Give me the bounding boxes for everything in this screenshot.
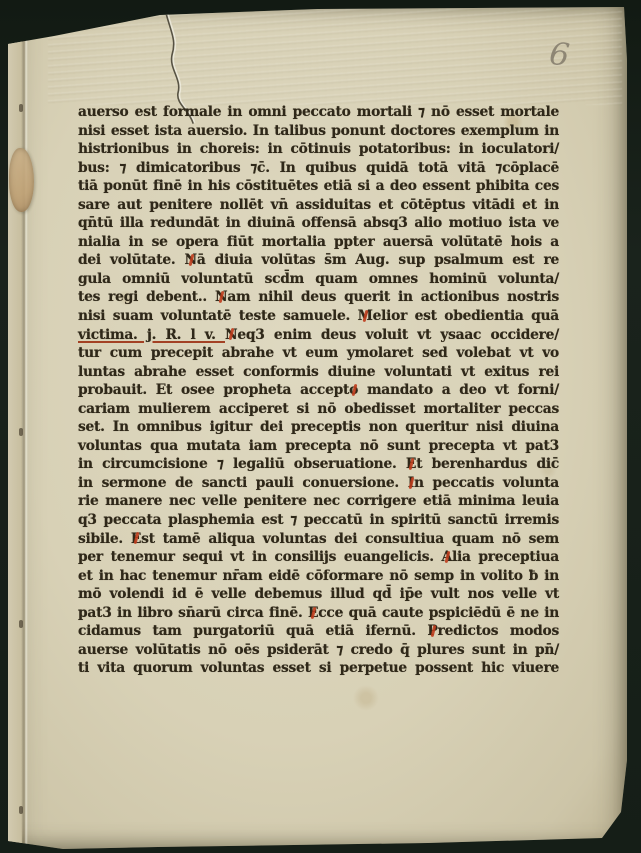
text-line: q3 peccata plasphemia est ⁊ peccatū in s… (78, 511, 559, 530)
rubricated-initial: N (225, 327, 237, 343)
text-line: luntas abrahe esset conformis diuine vol… (78, 363, 559, 382)
text-segment: q3 peccata plasphemia est ⁊ peccatū in s… (78, 512, 559, 528)
text-segment: mandato a deo vt forni/ (358, 382, 559, 398)
text-line: nisi suam voluntatē teste samuele. Melio… (78, 307, 559, 326)
text-line: bus: ⁊ dimicatoribus ⁊c̄. In quibus quid… (78, 159, 559, 178)
stitch-mark (19, 806, 23, 814)
text-segment: ti vita quorum voluntas esset si perpetu… (78, 660, 559, 676)
text-segment: tiā ponūt finē in his cōstituētes etiā s… (78, 178, 559, 194)
text-segment: qn̄tū illa redundāt in diuinā offensā ab… (78, 215, 559, 231)
rubricated-initial: I (408, 475, 414, 491)
text-line: auerso est formale in omni peccato morta… (78, 103, 559, 122)
text-line: victima. j. R. l v. Neq3 enim deus volui… (78, 326, 559, 345)
text-line: rie manere nec velle penitere nec corrig… (78, 492, 559, 511)
text-segment: nialia in se opera fiūt mortalia ppter a… (78, 234, 559, 250)
text-line: cidamus tam purgatoriū quā etiā ifernū. … (78, 622, 559, 641)
text-block: auerso est formale in omni peccato morta… (78, 103, 559, 678)
text-line: mō volendi id ē velle debemus illud qd̄ … (78, 585, 559, 604)
rubricated-initial: P (427, 623, 437, 639)
text-segment: redictos modos (438, 623, 559, 639)
text-segment: elior est obedientia quā (373, 308, 559, 324)
stitch-mark (19, 104, 23, 112)
text-segment: in circumcisione ⁊ legaliū obseruatione. (78, 456, 406, 472)
text-segment: cariam mulierem acciperet si nō obedisse… (78, 401, 559, 417)
text-segment: tur cum precepit abrahe vt eum ymolaret … (78, 345, 559, 361)
rubricated-initial: E (131, 531, 141, 547)
text-line: et in hac tenemur nr̄am eidē cōformare n… (78, 567, 559, 586)
text-segment: sibile. (78, 531, 131, 547)
text-segment: mō volendi id ē velle debemus illud qd̄ … (78, 586, 559, 602)
text-segment: auerse volūtatis nō oēs psiderāt ⁊ credo… (78, 642, 559, 658)
text-line: set. In omnibus igitur dei preceptis non… (78, 418, 559, 437)
text-segment: et in hac tenemur nr̄am eidē cōformare n… (78, 568, 559, 584)
scanner-background: 6 auerso est formale in omni peccato mor… (0, 0, 641, 853)
text-line: cariam mulierem acciperet si nō obedisse… (78, 400, 559, 419)
text-segment: tes regi debent.. (78, 289, 215, 305)
text-segment: sare aut penitere nollēt vn̄ assiduitas … (78, 197, 559, 213)
rubricated-initial: E (406, 456, 416, 472)
text-segment: luntas abrahe esset conformis diuine vol… (78, 364, 559, 380)
text-line: tur cum precepit abrahe vt eum ymolaret … (78, 344, 559, 363)
text-segment: am nihil deus querit in actionibus nostr… (227, 289, 559, 305)
text-segment: dei volūtate. (78, 252, 184, 268)
text-segment: per tenemur sequi vt in consilijs euange… (78, 549, 442, 565)
book-page: 6 auerso est formale in omni peccato mor… (8, 0, 630, 850)
text-segment: nisi esset ista auersio. In talibus ponu… (78, 123, 559, 139)
text-line: voluntas qua mutata iam precepta nō sunt… (78, 437, 559, 456)
rubricated-initial: N (184, 252, 196, 268)
text-line: in sermone de sancti pauli conuersione. … (78, 474, 559, 493)
text-line: probauit. Et osee propheta accepto manda… (78, 381, 559, 400)
text-line: dei volūtate. Nā diuia volūtas s̄m Aug. … (78, 251, 559, 270)
text-segment: cce quā caute pspiciēdū ē ne in (318, 605, 559, 621)
rubricated-initial: N (215, 289, 227, 305)
text-segment: st tamē aliqua voluntas dei consultiua q… (141, 531, 559, 547)
text-segment: t berenhardus dic̄ (416, 456, 559, 472)
text-line: per tenemur sequi vt in consilijs euange… (78, 548, 559, 567)
rubricated-initial: M (358, 308, 373, 324)
text-segment: lia preceptiua (452, 549, 559, 565)
text-line: pat3 in libro sn̄arū circa finē. Ecce qu… (78, 604, 559, 623)
handwritten-page-number: 6 (546, 36, 591, 85)
text-line: qn̄tū illa redundāt in diuinā offensā ab… (78, 214, 559, 233)
text-segment: pat3 in libro sn̄arū circa finē. (78, 605, 308, 621)
repair-patch (9, 148, 34, 212)
text-segment: ā diuia volūtas s̄m Aug. sup psalmum est… (197, 252, 559, 268)
text-line: tiā ponūt finē in his cōstituētes etiā s… (78, 177, 559, 196)
text-segment: bus: ⁊ dimicatoribus ⁊c̄. In quibus quid… (78, 160, 559, 176)
text-segment: rie manere nec velle penitere nec corrig… (78, 493, 559, 509)
text-line: auerse volūtatis nō oēs psiderāt ⁊ credo… (78, 641, 559, 660)
paper-wrinkle-texture (48, 9, 622, 105)
text-line: sare aut penitere nollēt vn̄ assiduitas … (78, 196, 559, 215)
text-line: nialia in se opera fiūt mortalia ppter a… (78, 233, 559, 252)
text-line: ti vita quorum voluntas esset si perpetu… (78, 659, 559, 678)
text-line: nisi esset ista auersio. In talibus ponu… (78, 122, 559, 141)
text-segment: n peccatis volunta (414, 475, 559, 491)
rubricated-initial: o (349, 382, 358, 398)
text-segment: victima. j. R. l v. (78, 327, 225, 343)
text-segment: gula omniū voluntatū scd̄m quam omnes ho… (78, 271, 559, 287)
text-segment: histrionibus in choreis: in cōtinuis pot… (78, 141, 559, 157)
stitch-mark (19, 620, 23, 628)
text-line: in circumcisione ⁊ legaliū obseruatione.… (78, 455, 559, 474)
text-segment: auerso est formale in omni peccato morta… (78, 104, 559, 120)
stitch-mark (19, 428, 23, 436)
rubricated-initial: E (308, 605, 318, 621)
rubricated-initial: A (442, 549, 452, 565)
text-segment: cidamus tam purgatoriū quā etiā ifernū. (78, 623, 427, 639)
text-segment: set. In omnibus igitur dei preceptis non… (78, 419, 559, 435)
text-line: gula omniū voluntatū scd̄m quam omnes ho… (78, 270, 559, 289)
text-segment: probauit. Et osee propheta accept (78, 382, 349, 398)
text-line: sibile. Est tamē aliqua voluntas dei con… (78, 530, 559, 549)
text-segment: voluntas qua mutata iam precepta nō sunt… (78, 438, 559, 454)
text-segment: in sermone de sancti pauli conuersione. (78, 475, 408, 491)
text-line: histrionibus in choreis: in cōtinuis pot… (78, 140, 559, 159)
text-line: tes regi debent.. Nam nihil deus querit … (78, 288, 559, 307)
text-segment: nisi suam voluntatē teste samuele. (78, 308, 358, 324)
text-segment: eq3 enim deus voluit vt ysaac occidere/ (237, 327, 559, 343)
